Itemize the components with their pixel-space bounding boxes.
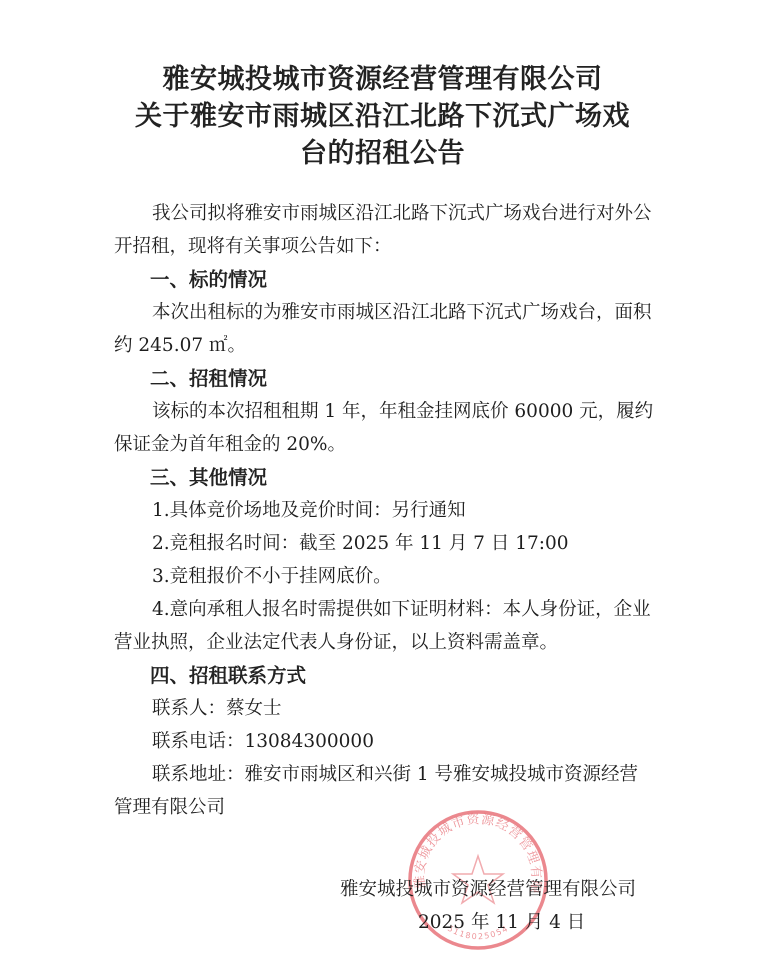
section-heading-subject: 一、标的情况 — [114, 263, 654, 296]
section-heading-other: 三、其他情况 — [114, 461, 654, 494]
contact-phone: 联系电话：13084300000 — [114, 725, 654, 758]
title-line-2: 关于雅安市雨城区沿江北路下沉式广场戏 — [0, 98, 765, 135]
document-title: 雅安城投城市资源经营管理有限公司 关于雅安市雨城区沿江北路下沉式广场戏 台的招租… — [0, 61, 765, 172]
other-item-2: 2.竞租报名时间：截至 2025 年 11 月 7 日 17:00 — [114, 527, 654, 560]
leasing-paragraph: 该标的本次招租租期 1 年，年租金挂网底价 60000 元，履约保证金为首年租金… — [114, 395, 654, 461]
document-body: 我公司拟将雅安市雨城区沿江北路下沉式广场戏台进行对外公开招租，现将有关事项公告如… — [114, 197, 654, 824]
contact-person: 联系人：蔡女士 — [114, 692, 654, 725]
other-item-3: 3.竞租报价不小于挂网底价。 — [114, 560, 654, 593]
other-item-4: 4.意向承租人报名时需提供如下证明材料：本人身份证，企业营业执照，企业法定代表人… — [114, 593, 654, 659]
signature-block: 雅安城投城市资源经营管理有限公司 2025 年 11 月 4 日 — [340, 873, 652, 939]
subject-paragraph: 本次出租标的为雅安市雨城区沿江北路下沉式广场戏台，面积约 245.07 ㎡。 — [114, 296, 654, 362]
signature-company: 雅安城投城市资源经营管理有限公司 — [340, 873, 652, 906]
section-heading-contact: 四、招租联系方式 — [114, 659, 654, 692]
section-heading-leasing: 二、招租情况 — [114, 362, 654, 395]
title-line-1: 雅安城投城市资源经营管理有限公司 — [0, 61, 765, 98]
signature-date: 2025 年 11 月 4 日 — [340, 906, 652, 939]
title-line-3: 台的招租公告 — [0, 135, 765, 172]
other-item-1: 1.具体竞价场地及竞价时间：另行通知 — [114, 494, 654, 527]
contact-address: 联系地址：雅安市雨城区和兴街 1 号雅安城投城市资源经营管理有限公司 — [114, 758, 654, 824]
intro-paragraph: 我公司拟将雅安市雨城区沿江北路下沉式广场戏台进行对外公开招租，现将有关事项公告如… — [114, 197, 654, 263]
announcement-page: 雅安城投城市资源经营管理有限公司 关于雅安市雨城区沿江北路下沉式广场戏 台的招租… — [0, 0, 765, 976]
